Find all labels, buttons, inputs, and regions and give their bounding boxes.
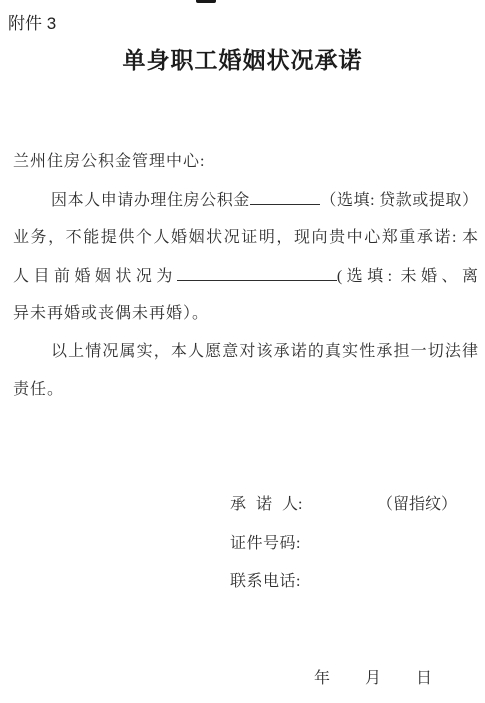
id-number-label: 证件号码: <box>230 532 301 556</box>
date-line: 年 月 日 <box>314 667 433 691</box>
body-line-7: 责任。 <box>13 378 478 402</box>
body-line-4-note: (选填: 未婚、离 <box>337 268 478 285</box>
document-title: 单身职工婚姻状况承诺 <box>0 42 485 75</box>
body-line-6: 以上情况属实，本人愿意对该承诺的真实性承担一切法律 <box>13 340 478 364</box>
fingerprint-note: （留指纹） <box>377 493 457 517</box>
document-page: 附件 3 单身职工婚姻状况承诺 兰州住房公积金管理中心: 因本人申请办理住房公积… <box>0 0 485 703</box>
promisor-label: 承 诺 人: <box>230 493 302 517</box>
loan-type-blank <box>250 188 320 205</box>
body-line-4: 人目前婚姻状况为(选填: 未婚、离 <box>13 264 478 288</box>
body-line-2-text: 因本人申请办理住房公积金 <box>51 192 250 209</box>
body-line-4-text: 人目前婚姻状况为 <box>13 268 177 285</box>
body-line-2: 因本人申请办理住房公积金（选填: 贷款或提取） <box>13 188 478 212</box>
attachment-label: 附件 3 <box>8 9 56 34</box>
body-line-2-note: （选填: 贷款或提取） <box>320 192 478 209</box>
salutation-line: 兰州住房公积金管理中心: <box>13 150 478 174</box>
phone-label: 联系电话: <box>230 570 301 594</box>
scan-ink-mark <box>196 0 216 3</box>
marital-status-blank <box>177 264 337 281</box>
body-line-3: 业务，不能提供个人婚姻状况证明，现向贵中心郑重承诺: 本 <box>13 226 478 250</box>
body-line-5: 异未再婚或丧偶未再婚）。 <box>13 302 478 326</box>
